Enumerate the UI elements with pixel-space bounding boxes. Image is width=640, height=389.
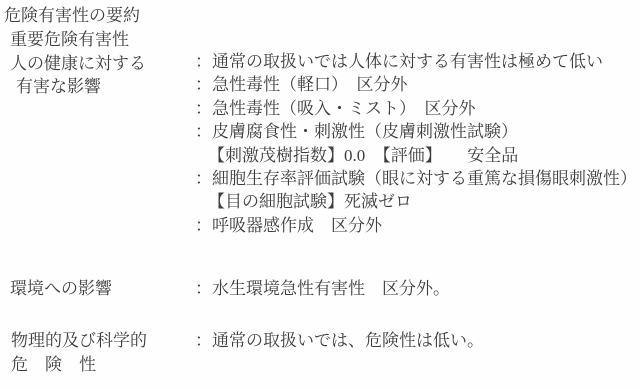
health-effect-item-irritation-index: 【刺激茂樹指数】0.0 【評価】 安全品 [195,144,637,167]
health-effects-list: ：通常の取扱いでは人体に対する有害性は極めて低い ：急性毒性（軽口） 区分外 ：… [195,50,637,237]
health-effects-label-line2: 有害な影響 [16,77,101,97]
environment-effects-label: 環境への影響 [10,279,112,299]
health-effect-item-cell-viability: ：細胞生存率評価試験（眼に対する重篤な損傷眼刺激性） [195,167,637,190]
health-effect-item-acute-inhalation: ：急性毒性（吸入・ミスト） 区分外 [195,97,637,120]
section-title: 危険有害性の要約 [4,6,140,26]
health-effect-item-respiratory: ：呼吸器感作成 区分外 [195,214,637,237]
environment-effects-value: ：水生環境急性有害性 区分外。 [195,279,450,299]
physical-chemical-hazards-label-line2: 危 険 性 [11,355,96,375]
health-effects-label-line1: 人の健康に対する [10,54,146,74]
health-effect-item-acute-oral: ：急性毒性（軽口） 区分外 [195,73,637,96]
health-effect-item-skin-corrosion: ：皮膚腐食性・刺激性（皮膚刺激性試験） [195,120,637,143]
sds-hazard-summary-document: 危険有害性の要約 重要危険有害性 人の健康に対する 有害な影響 ：通常の取扱いで… [0,0,640,389]
health-effect-item-general: ：通常の取扱いでは人体に対する有害性は極めて低い [195,50,637,73]
physical-chemical-hazards-label-line1: 物理的及び科学的 [11,331,147,351]
physical-chemical-hazards-value: ：通常の取扱いでは、危険性は低い。 [195,331,484,351]
subsection-title-important-hazards: 重要危険有害性 [10,30,129,50]
health-effect-item-eye-cell-test: 【目の細胞試験】死滅ゼロ [195,190,637,213]
